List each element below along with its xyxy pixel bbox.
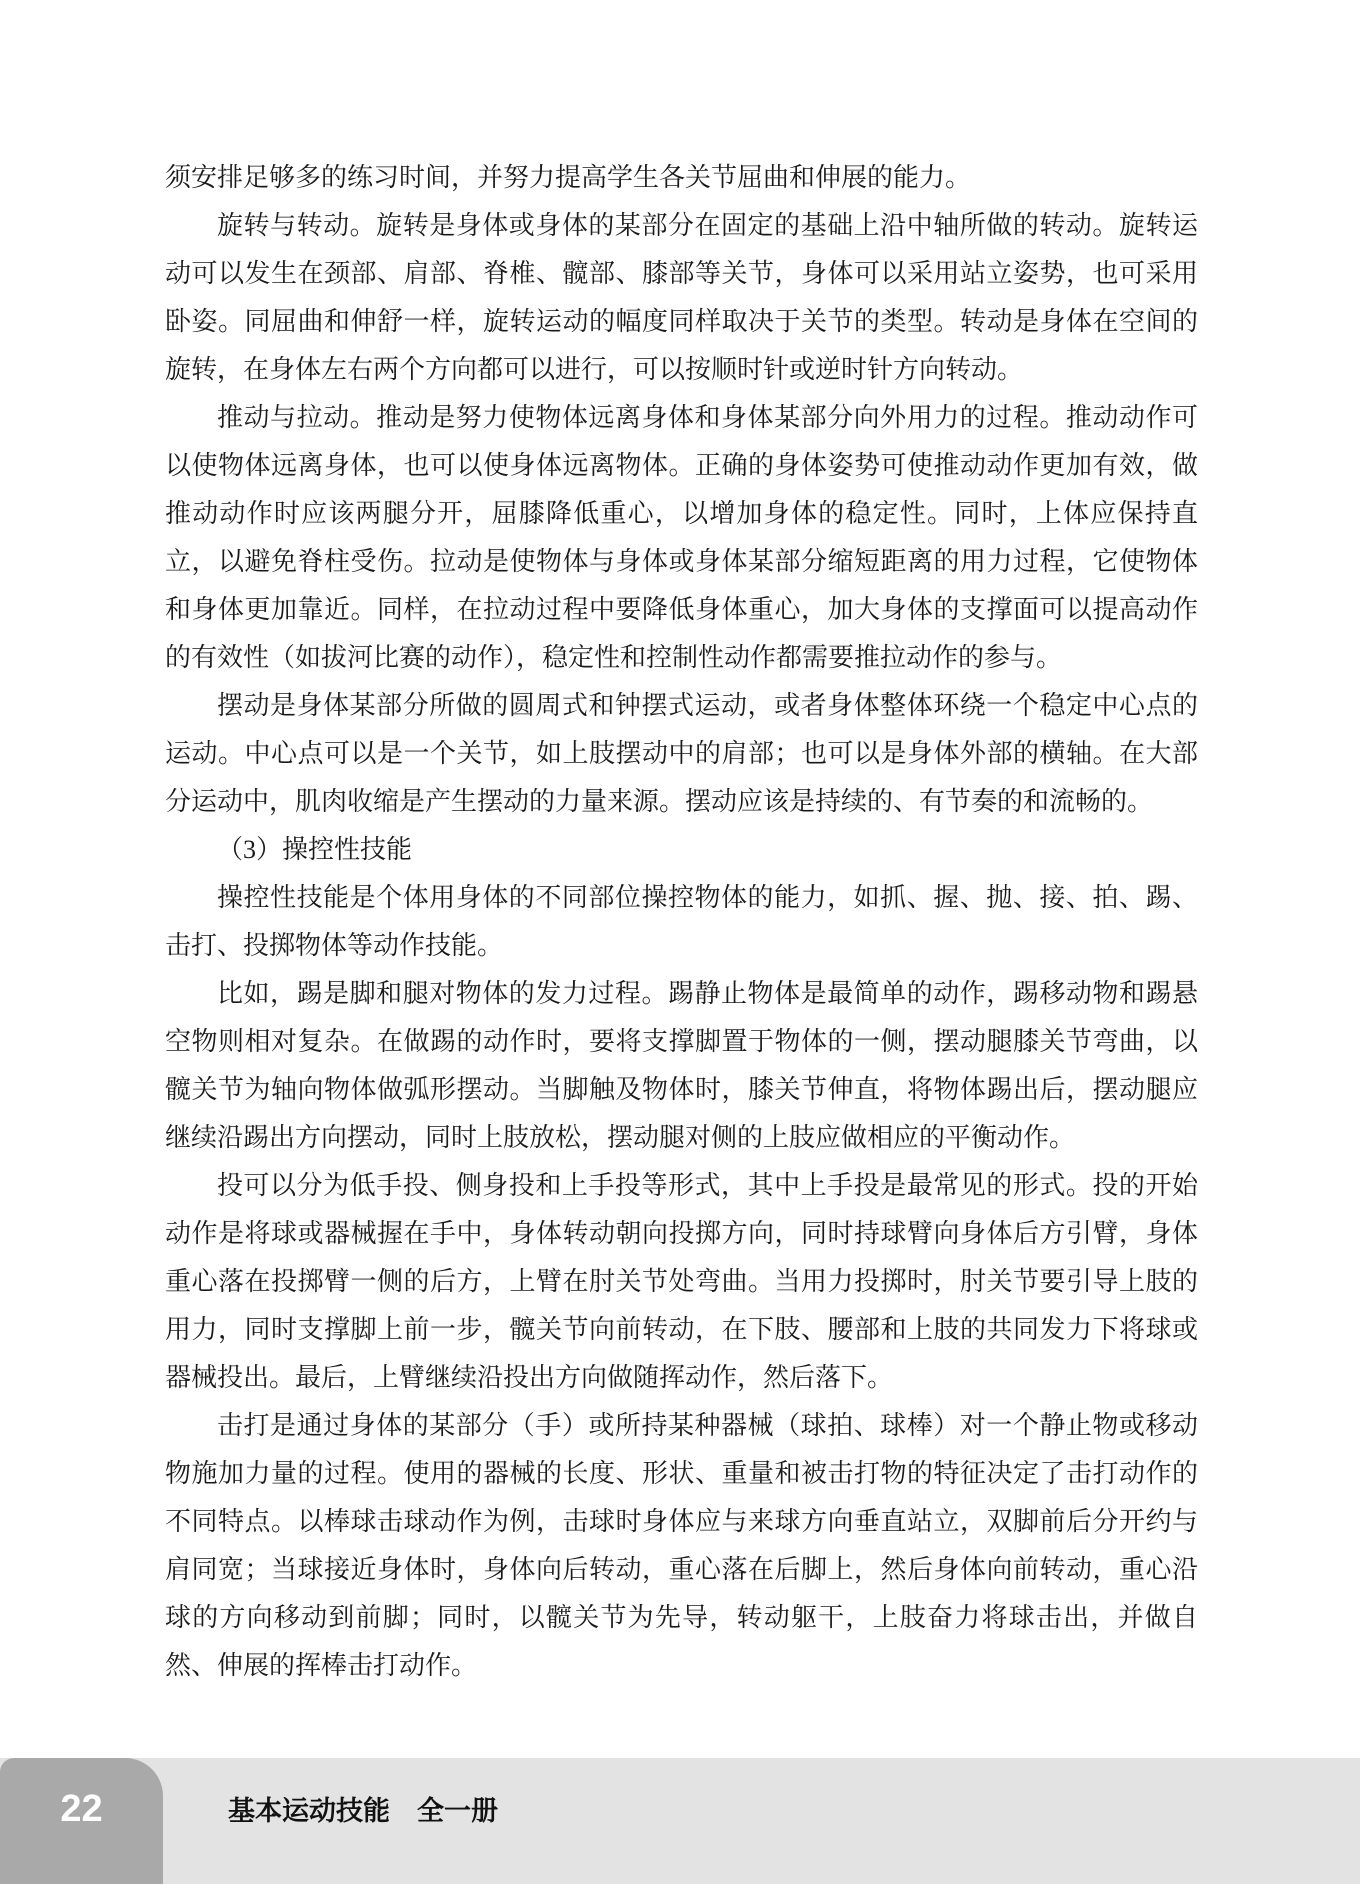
body-text: 须安排足够多的练习时间，并努力提高学生各关节屈曲和伸展的能力。 旋转与转动。旋转…: [165, 154, 1198, 1690]
book-page: 须安排足够多的练习时间，并努力提高学生各关节屈曲和伸展的能力。 旋转与转动。旋转…: [0, 0, 1360, 1884]
section-heading: （3）操控性技能: [165, 826, 1198, 874]
paragraph: 投可以分为低手投、侧身投和上手投等形式，其中上手投是最常见的形式。投的开始动作是…: [165, 1162, 1198, 1402]
paragraph: 摆动是身体某部分所做的圆周式和钟摆式运动，或者身体整体环绕一个稳定中心点的运动。…: [165, 682, 1198, 826]
paragraph: 击打是通过身体的某部分（手）或所持某种器械（球拍、球棒）对一个静止物或移动物施加…: [165, 1402, 1198, 1690]
paragraph: 旋转与转动。旋转是身体或身体的某部分在固定的基础上沿中轴所做的转动。旋转运动可以…: [165, 202, 1198, 394]
page-number-tab: 22: [0, 1758, 163, 1884]
paragraph: 比如，踢是脚和腿对物体的发力过程。踢静止物体是最简单的动作，踢移动物和踢悬空物则…: [165, 970, 1198, 1162]
footer-band: 22 基本运动技能 全一册: [0, 1758, 1360, 1884]
paragraph: 推动与拉动。推动是努力使物体远离身体和身体某部分向外用力的过程。推动动作可以使物…: [165, 394, 1198, 682]
page-number: 22: [60, 1788, 102, 1831]
paragraph: 须安排足够多的练习时间，并努力提高学生各关节屈曲和伸展的能力。: [165, 154, 1198, 202]
footer-book-title: 基本运动技能 全一册: [228, 1796, 498, 1826]
paragraph: 操控性技能是个体用身体的不同部位操控物体的能力，如抓、握、抛、接、拍、踢、击打、…: [165, 874, 1198, 970]
